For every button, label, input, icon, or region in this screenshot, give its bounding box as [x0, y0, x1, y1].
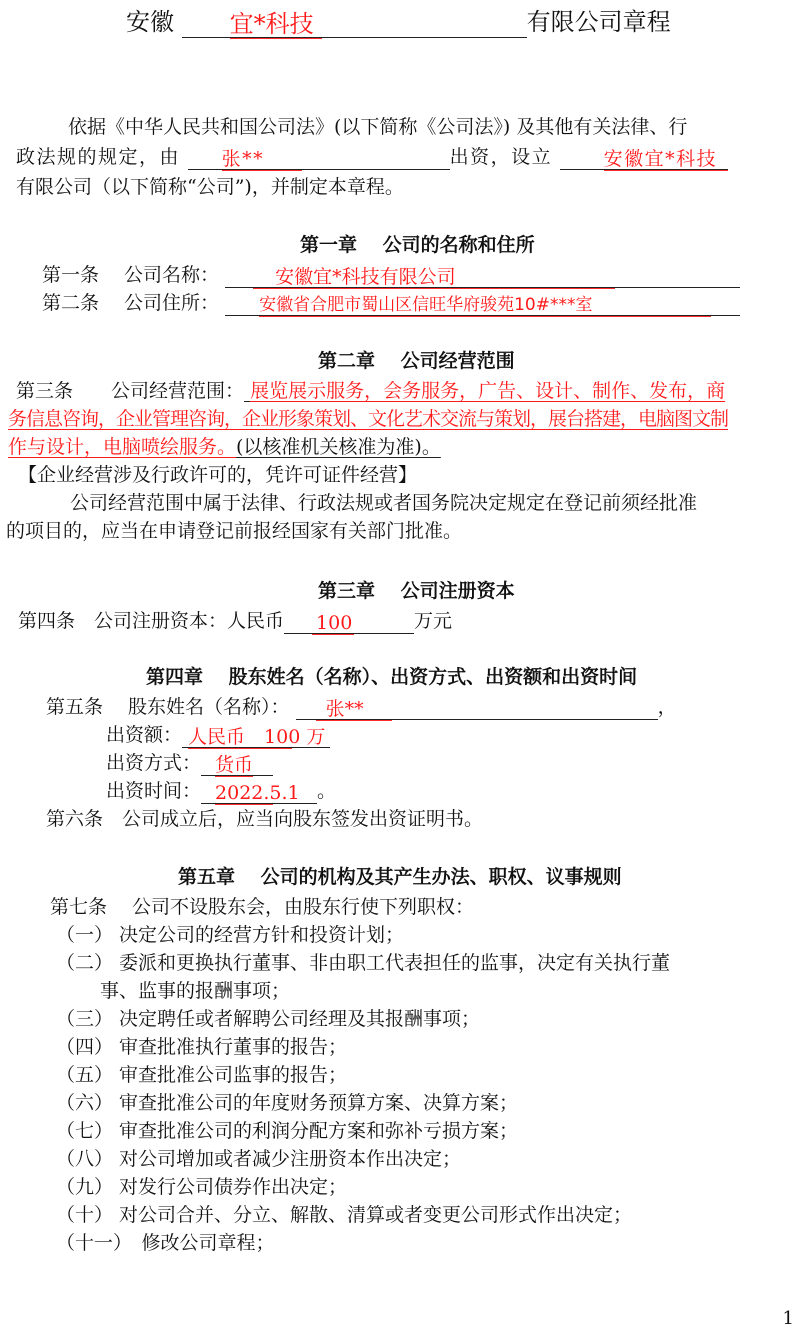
period: 。 [317, 780, 336, 802]
capital-unit: 万元 [414, 610, 452, 632]
document-title: 安徽 宜*科技 有限公司章程 [126, 6, 671, 38]
contribution-time: 出资时间： 2022.5.1 。 [106, 778, 336, 804]
preamble-text: 政法规的规定，由 [16, 146, 180, 168]
contribution-method: 出资方式： 货币 [106, 750, 273, 776]
title-name-fill: 宜*科技 [230, 10, 322, 39]
power-item-10: （十） 对公司合并、分立、解散、清算或者变更公司形式作出决定； [56, 1202, 632, 1228]
article-5-label: 第五条 股东姓名（名称）： [46, 696, 290, 718]
time-fill: 2022.5.1 [215, 782, 273, 805]
title-name-blank: 宜*科技 [182, 9, 527, 38]
title-prefix: 安徽 [126, 8, 174, 36]
chapter-1-heading: 第一章 公司的名称和住所 [300, 232, 535, 258]
preamble-line-1: 依据《中华人民共和国公司法》(以下简称《公司法》) 及其他有关法律、行 [68, 114, 687, 140]
method-blank: 货币 [201, 753, 273, 776]
address-blank: 安徽省合肥市蜀山区信旺华府骏苑10#***室 [225, 293, 740, 316]
power-item-3: （三） 决定聘任或者解聘公司经理及其报酬事项； [56, 1006, 480, 1032]
amount-blank: 人民币 100 万 [182, 725, 330, 748]
article-7: 第七条 公司不设股东会，由股东行使下列职权： [50, 894, 474, 920]
contribution-amount: 出资额： 人民币 100 万 [106, 722, 330, 748]
chapter-2-heading: 第二章 公司经营范围 [318, 348, 515, 374]
shareholder-fill: 张** [316, 698, 392, 721]
investor-blank: 张** [188, 147, 450, 170]
amount-fill: 人民币 100 万 [188, 726, 292, 749]
scope-line-1: 展览展示服务，会务服务，广告、设计、制作、发布，商 [250, 380, 725, 402]
article-3-line-3: 作与设计，电脑喷绘服务。(以核准机关核准为准)。 [8, 434, 571, 460]
scope-note: (以核准机关核准为准)。 [236, 436, 571, 458]
power-item-1: （一） 决定公司的经营方针和投资计划； [56, 922, 404, 948]
company-blank: 安徽宜*科技 [560, 147, 728, 170]
article-2: 第二条 公司住所： 安徽省合肥市蜀山区信旺华府骏苑10#***室 [42, 290, 740, 316]
power-item-9: （九） 对发行公司债券作出决定； [56, 1174, 347, 1200]
chapter-5-heading: 第五章 公司的机构及其产生办法、职权、议事规则 [178, 864, 622, 890]
method-label: 出资方式： [106, 752, 201, 774]
page-number: 1 [783, 1308, 794, 1329]
preamble-line-2: 政法规的规定，由 张** 出资，设立 安徽宜*科技 [16, 144, 728, 170]
article-3-label: 第三条 公司经营范围： [16, 380, 244, 402]
article-1-label: 第一条 公司名称： [42, 264, 219, 286]
method-fill: 货币 [215, 754, 253, 777]
time-label: 出资时间： [106, 780, 201, 802]
comma: ， [658, 696, 677, 718]
chapter-4-heading: 第四章 股东姓名（名称）、出资方式、出资额和出资时间 [146, 664, 637, 690]
address-fill: 安徽省合肥市蜀山区信旺华府骏苑10#***室 [259, 294, 711, 317]
time-blank: 2022.5.1 [201, 781, 317, 804]
power-item-6: （六） 审查批准公司的年度财务预算方案、决算方案； [56, 1090, 518, 1116]
preamble-text-2: 出资，设立 [450, 146, 553, 168]
article-4-label: 第四条 公司注册资本：人民币 [18, 610, 284, 632]
scope-line-2: 务信息咨询，企业管理咨询，企业形象策划、文化艺术交流与策划，展台搭建，电脑图文制 [8, 406, 728, 432]
scope-line-3: 作与设计，电脑喷绘服务。 [8, 436, 236, 458]
shareholder-blank: 张** [296, 697, 658, 720]
title-suffix: 有限公司章程 [527, 8, 671, 36]
article-4: 第四条 公司注册资本：人民币 100 万元 [18, 608, 452, 634]
power-item-7: （七） 审查批准公司的利润分配方案和弥补亏损方案； [56, 1118, 518, 1144]
capital-blank: 100 [284, 611, 414, 634]
company-fill: 安徽宜*科技 [604, 148, 728, 171]
investor-fill: 张** [222, 148, 302, 171]
power-item-2-cont: 事、监事的报酬事项； [100, 978, 290, 1004]
article-1: 第一条 公司名称： 安徽宜*科技有限公司 [42, 262, 740, 288]
company-name-fill: 安徽宜*科技有限公司 [253, 266, 615, 289]
article-5: 第五条 股东姓名（名称）： 张** ， [46, 694, 677, 720]
power-item-8: （八） 对公司增加或者减少注册资本作出决定； [56, 1146, 461, 1172]
company-name-blank: 安徽宜*科技有限公司 [225, 265, 740, 288]
article-3-line-1: 第三条 公司经营范围： 展览展示服务，会务服务，广告、设计、制作、发布，商 [16, 378, 725, 404]
chapter-3-heading: 第三章 公司注册资本 [318, 578, 515, 604]
scope-paragraph-1: 公司经营范围中属于法律、行政法规或者国务院决定规定在登记前须经批准 [70, 490, 697, 516]
power-item-2: （二） 委派和更换执行董事、非由职工代表担任的监事，决定有关执行董 [56, 950, 670, 976]
power-item-5: （五） 审查批准公司监事的报告； [56, 1062, 347, 1088]
preamble-line-3: 有限公司（以下简称“公司”)，并制定本章程。 [16, 174, 404, 200]
capital-fill: 100 [312, 612, 354, 635]
scope-paragraph-2: 的项目的，应当在申请登记前报经国家有关部门批准。 [6, 518, 462, 544]
permit-note: 【企业经营涉及行政许可的，凭许可证件经营】 [18, 462, 417, 488]
power-item-4: （四） 审查批准执行董事的报告； [56, 1034, 347, 1060]
power-item-11: （十一） 修改公司章程； [56, 1230, 275, 1256]
amount-label: 出资额： [106, 724, 182, 746]
article-6: 第六条 公司成立后，应当向股东签发出资证明书。 [46, 806, 483, 832]
article-2-label: 第二条 公司住所： [42, 292, 219, 314]
